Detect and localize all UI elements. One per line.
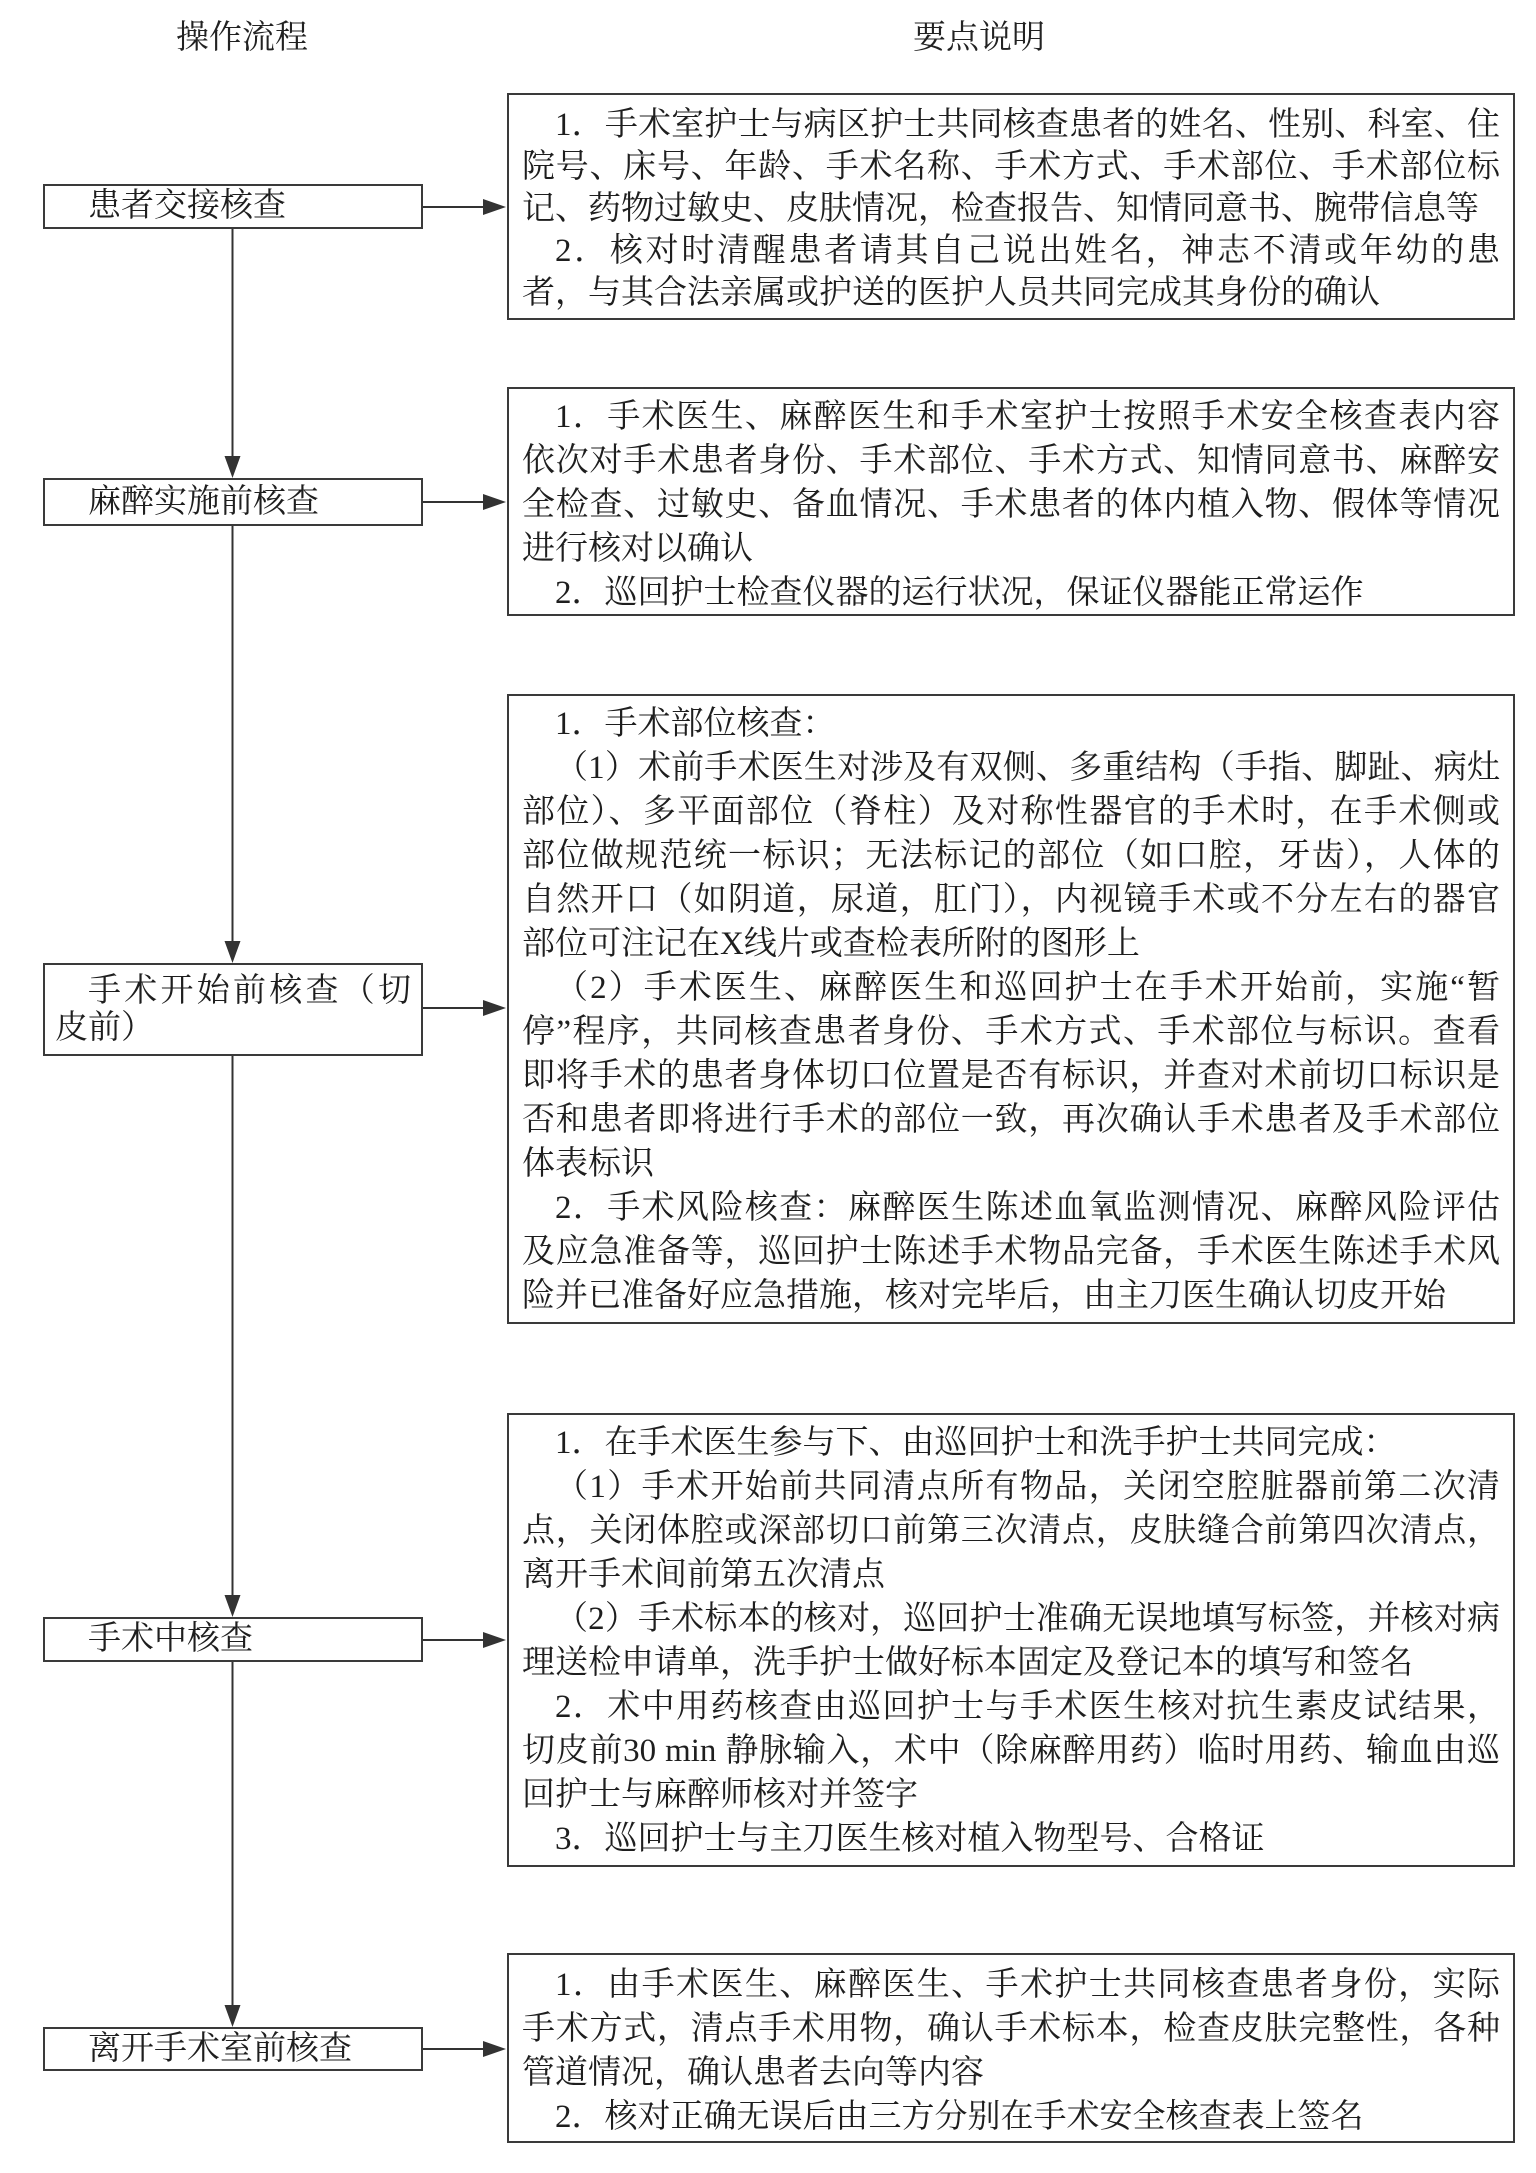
note-item: 2．巡回护士检查仪器的运行状况，保证仪器能正常运作: [522, 571, 1500, 615]
note-item: 1．手术部位核查：: [522, 702, 1500, 746]
arrow-right-icon: [483, 1632, 506, 1648]
arrow-right-icon: [483, 2041, 506, 2057]
notes-box-intraoperative-check: 1．在手术医生参与下、由巡回护士和洗手护士共同完成： （1）手术开始前共同清点所…: [507, 1413, 1515, 1867]
note-line: 即将手术的患者身体切口位置是否有标识，并查对术前切口标识是: [522, 1054, 1500, 1098]
surgical-safety-check-flowchart: 操作流程 要点说明 患者交接核查 麻醉实施: [0, 0, 1536, 2173]
notes-box-pre-exit-check: 1．由手术医生、麻醉医生、手术护士共同核查患者身份，实际 手术方式，清点手术用物…: [507, 1953, 1515, 2143]
step-label: 离开手术室前核查: [55, 2031, 411, 2068]
step-label: 患者交接核查: [55, 188, 411, 225]
note-line: 2．核对正确无误后由三方分别在手术安全核查表上签名: [522, 2095, 1500, 2139]
note-line: 自然开口（如阴道，尿道，肛门），内视镜手术或不分左右的器官: [522, 878, 1500, 922]
note-line: 险并已准备好应急措施，核对完毕后，由主刀医生确认切皮开始: [522, 1274, 1500, 1318]
note-line: （2）手术医生、麻醉医生和巡回护士在手术开始前，实施“暂: [522, 966, 1500, 1010]
note-line: 2．核对时清醒患者请其自己说出姓名，神志不清或年幼的患: [522, 230, 1500, 272]
note-line: 依次对手术患者身份、手术部位、手术方式、知情同意书、麻醉安: [522, 439, 1500, 483]
arrow-right-icon: [483, 494, 506, 510]
note-line: 及应急准备等，巡回护士陈述手术物品完备，手术医生陈述手术风: [522, 1230, 1500, 1274]
note-line: （1）手术开始前共同清点所有物品，关闭空腔脏器前第二次清: [522, 1465, 1500, 1509]
note-item: （1）手术开始前共同清点所有物品，关闭空腔脏器前第二次清 点，关闭体腔或深部切口…: [522, 1465, 1500, 1597]
arrow-down-icon: [225, 941, 241, 963]
note-line: 回护士与麻醉师核对并签字: [522, 1773, 1500, 1817]
note-line: 部位做规范统一标识；无法标记的部位（如口腔，牙齿），人体的: [522, 834, 1500, 878]
note-line: 1．手术室护士与病区护士共同核查患者的姓名、性别、科室、住: [522, 104, 1500, 146]
step-box-intraoperative-check: 手术中核查: [43, 1617, 423, 1662]
note-item: 2．术中用药核查由巡回护士与手术医生核对抗生素皮试结果， 切皮前30 min 静…: [522, 1685, 1500, 1817]
note-line: 否和患者即将进行手术的部位一致，再次确认手术患者及手术部位: [522, 1098, 1500, 1142]
step-box-patient-handover-check: 患者交接核查: [43, 184, 423, 229]
note-line: 者，与其合法亲属或护送的医护人员共同完成其身份的确认: [522, 272, 1500, 314]
notes-box-pre-anesthesia-check: 1．手术医生、麻醉医生和手术室护士按照手术安全核查表内容 依次对手术患者身份、手…: [507, 387, 1515, 616]
note-line: 体表标识: [522, 1142, 1500, 1186]
arrow-down-icon: [225, 456, 241, 478]
note-line: 点，关闭体腔或深部切口前第三次清点，皮肤缝合前第四次清点，: [522, 1509, 1500, 1553]
note-line: 2．手术风险核查：麻醉医生陈述血氧监测情况、麻醉风险评估: [522, 1186, 1500, 1230]
note-item: 1．手术医生、麻醉医生和手术室护士按照手术安全核查表内容 依次对手术患者身份、手…: [522, 395, 1500, 571]
note-item: 1．由手术医生、麻醉医生、手术护士共同核查患者身份，实际 手术方式，清点手术用物…: [522, 1963, 1500, 2095]
note-line: 院号、床号、年龄、手术名称、手术方式、手术部位、手术部位标: [522, 146, 1500, 188]
arrow-down-icon: [225, 2005, 241, 2027]
note-line: 2．术中用药核查由巡回护士与手术医生核对抗生素皮试结果，: [522, 1685, 1500, 1729]
note-line: 1．由手术医生、麻醉医生、手术护士共同核查患者身份，实际: [522, 1963, 1500, 2007]
step-box-pre-exit-check: 离开手术室前核查: [43, 2027, 423, 2071]
arrow-down-icon: [225, 1595, 241, 1617]
arrow-right-icon: [483, 199, 506, 215]
step-box-pre-incision-check: 手术开始前核查（切皮前）: [43, 963, 423, 1056]
note-item: （2）手术标本的核对，巡回护士准确无误地填写标签，并核对病 理送检申请单，洗手护…: [522, 1597, 1500, 1685]
notes-box-patient-handover-check: 1．手术室护士与病区护士共同核查患者的姓名、性别、科室、住 院号、床号、年龄、手…: [507, 93, 1515, 320]
note-line: 记、药物过敏史、皮肤情况，检查报告、知情同意书、腕带信息等: [522, 188, 1500, 230]
note-line: 3．巡回护士与主刀医生核对植入物型号、合格证: [522, 1817, 1500, 1861]
notes-box-pre-incision-check: 1．手术部位核查： （1）术前手术医生对涉及有双侧、多重结构（手指、脚趾、病灶 …: [507, 694, 1515, 1324]
note-line: 停”程序，共同核查患者身份、手术方式、手术部位与标识。查看: [522, 1010, 1500, 1054]
note-line: 手术方式，清点手术用物，确认手术标本，检查皮肤完整性，各种: [522, 2007, 1500, 2051]
note-item: （2）手术医生、麻醉医生和巡回护士在手术开始前，实施“暂 停”程序，共同核查患者…: [522, 966, 1500, 1186]
note-line: 切皮前30 min 静脉输入，术中（除麻醉用药）临时用药、输血由巡: [522, 1729, 1500, 1773]
arrow-right-icon: [483, 1000, 506, 1016]
note-line: 全检查、过敏史、备血情况、手术患者的体内植入物、假体等情况: [522, 483, 1500, 527]
note-item: 2．核对正确无误后由三方分别在手术安全核查表上签名: [522, 2095, 1500, 2139]
note-line: （2）手术标本的核对，巡回护士准确无误地填写标签，并核对病: [522, 1597, 1500, 1641]
note-line: 2．巡回护士检查仪器的运行状况，保证仪器能正常运作: [522, 571, 1500, 615]
step-box-pre-anesthesia-check: 麻醉实施前核查: [43, 478, 423, 526]
note-item: （1）术前手术医生对涉及有双侧、多重结构（手指、脚趾、病灶 部位）、多平面部位（…: [522, 746, 1500, 966]
note-line: 部位可注记在X线片或查检表所附的图形上: [522, 922, 1500, 966]
note-line: 离开手术间前第五次清点: [522, 1553, 1500, 1597]
note-item: 2．手术风险核查：麻醉医生陈述血氧监测情况、麻醉风险评估 及应急准备等，巡回护士…: [522, 1186, 1500, 1318]
note-item: 1．在手术医生参与下、由巡回护士和洗手护士共同完成：: [522, 1421, 1500, 1465]
note-item: 3．巡回护士与主刀医生核对植入物型号、合格证: [522, 1817, 1500, 1861]
note-line: 1．在手术医生参与下、由巡回护士和洗手护士共同完成：: [522, 1421, 1500, 1465]
note-item: 2．核对时清醒患者请其自己说出姓名，神志不清或年幼的患 者，与其合法亲属或护送的…: [522, 230, 1500, 314]
step-label: 手术开始前核查（切皮前）: [55, 973, 411, 1047]
note-line: 理送检申请单，洗手护士做好标本固定及登记本的填写和签名: [522, 1641, 1500, 1685]
note-line: 进行核对以确认: [522, 527, 1500, 571]
note-item: 1．手术室护士与病区护士共同核查患者的姓名、性别、科室、住 院号、床号、年龄、手…: [522, 104, 1500, 230]
note-line: 部位）、多平面部位（脊柱）及对称性器官的手术时，在手术侧或: [522, 790, 1500, 834]
step-label: 手术中核查: [55, 1621, 411, 1658]
note-line: 1．手术医生、麻醉医生和手术室护士按照手术安全核查表内容: [522, 395, 1500, 439]
note-line: 1．手术部位核查：: [522, 702, 1500, 746]
step-label: 麻醉实施前核查: [55, 484, 411, 521]
note-line: 管道情况，确认患者去向等内容: [522, 2051, 1500, 2095]
note-line: （1）术前手术医生对涉及有双侧、多重结构（手指、脚趾、病灶: [522, 746, 1500, 790]
